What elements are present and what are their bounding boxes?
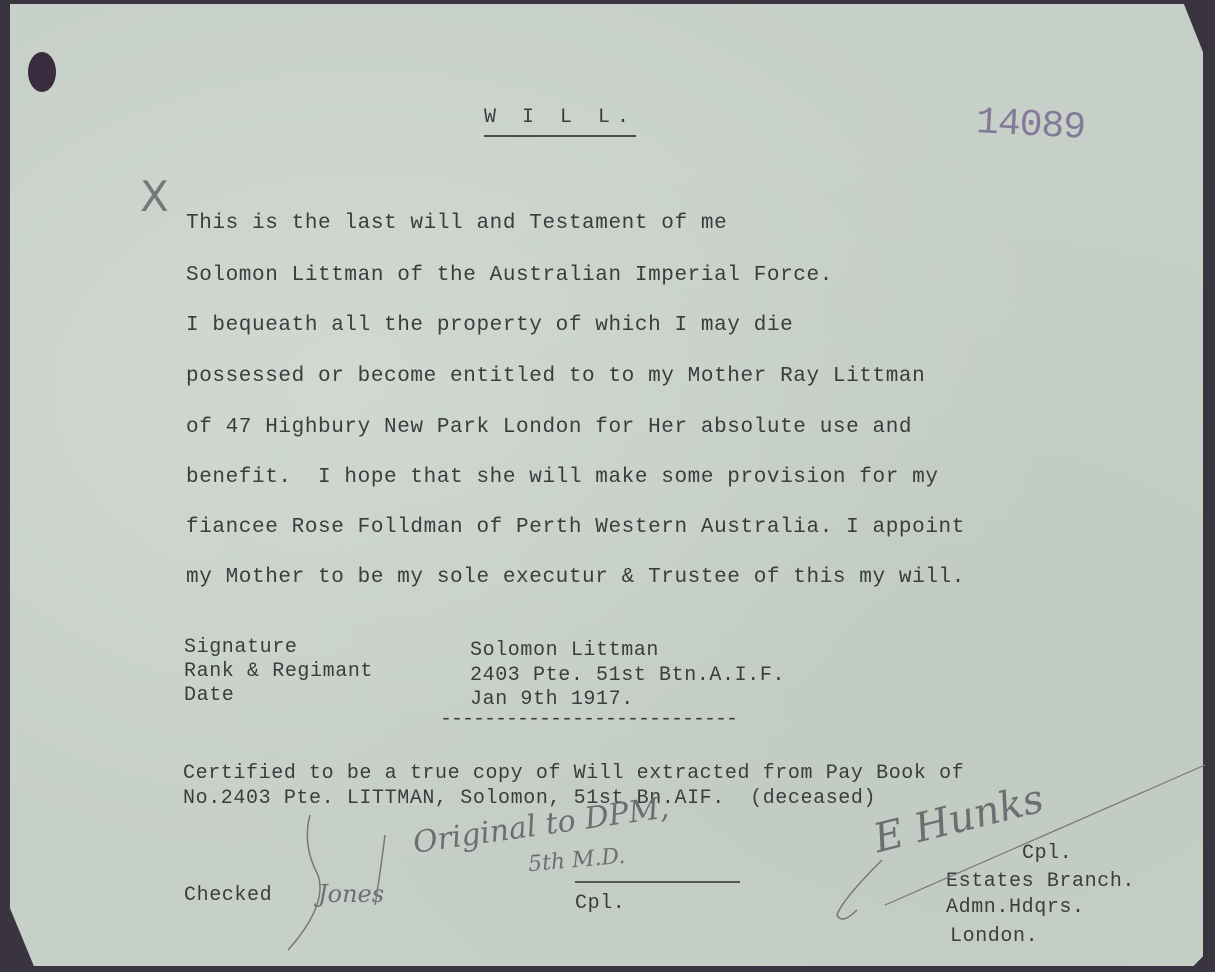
pen-strokes bbox=[0, 0, 1215, 972]
